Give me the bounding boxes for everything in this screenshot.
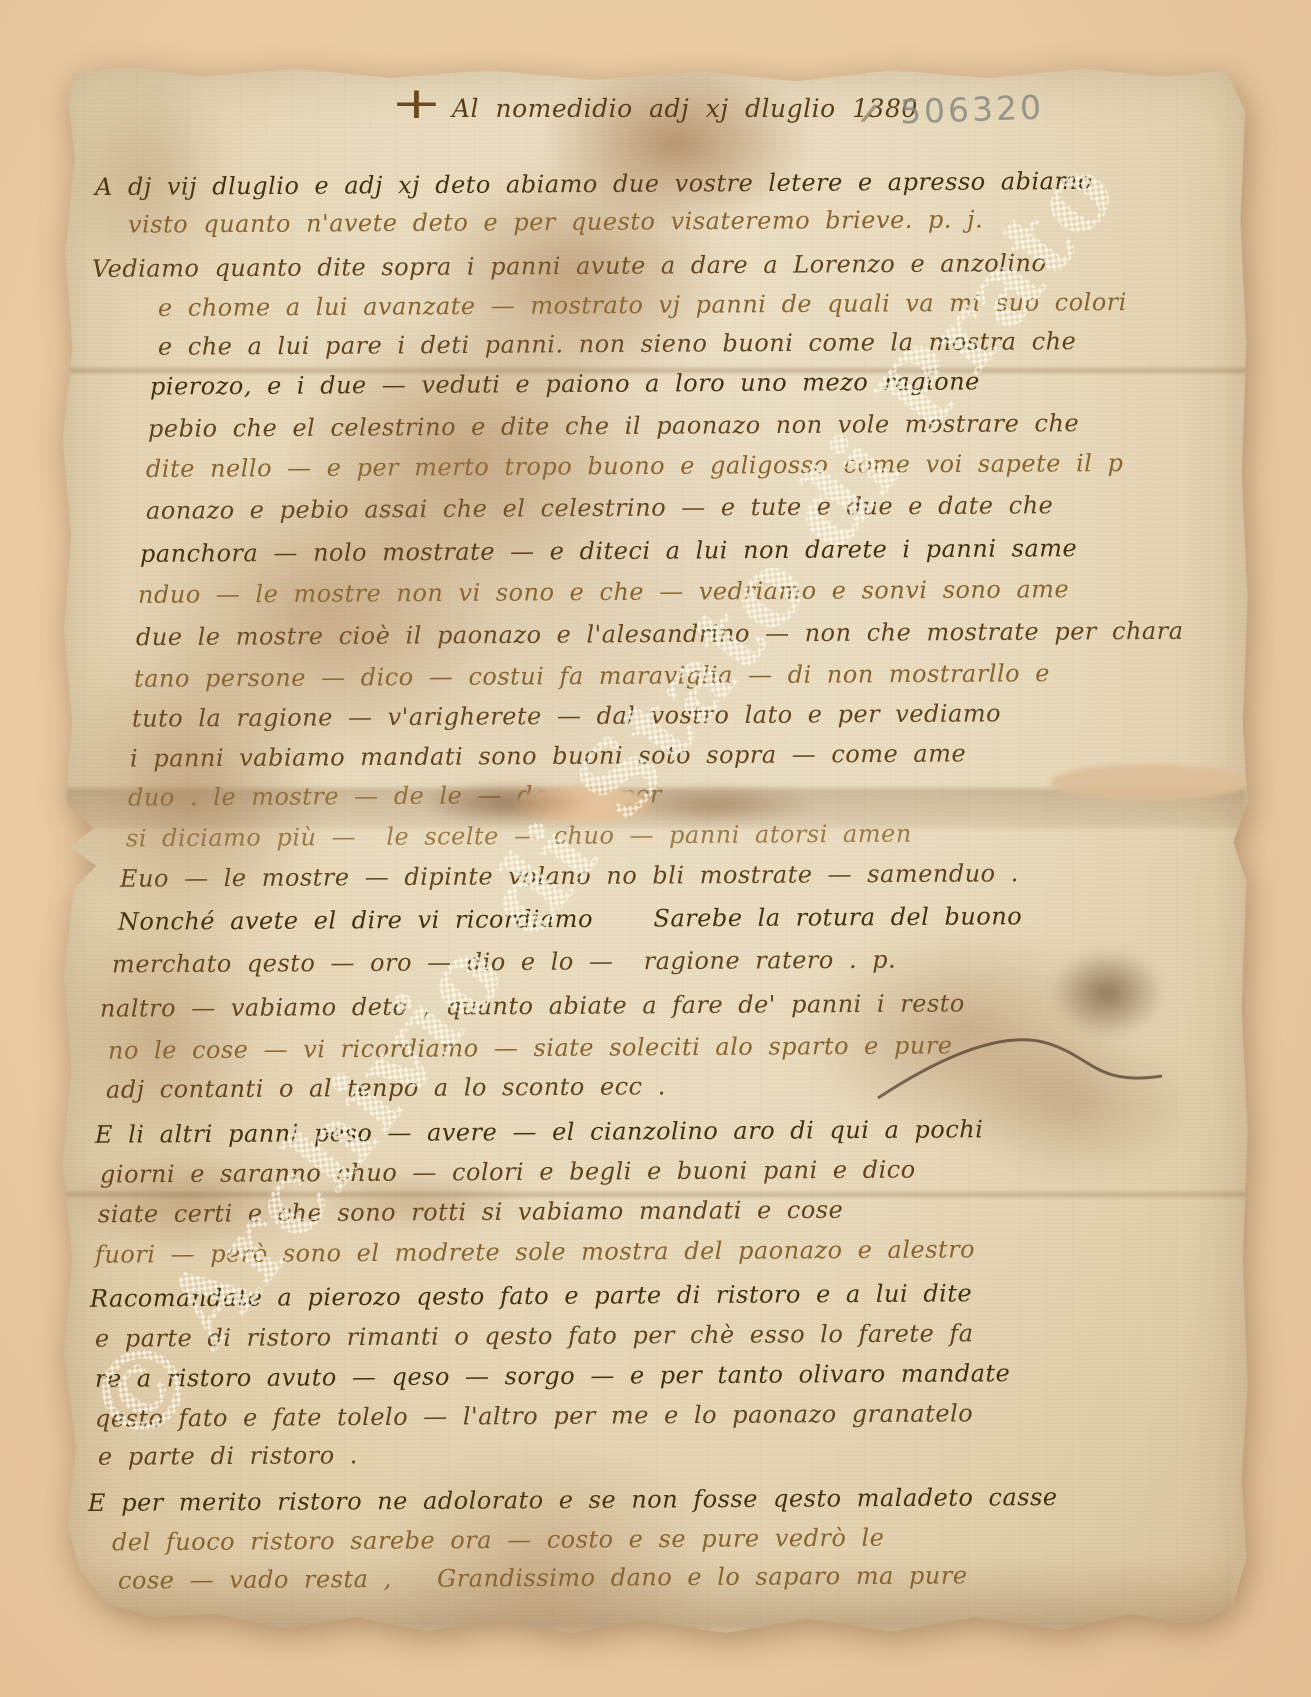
paper-fiber-thread xyxy=(0,0,1311,1697)
cross-mark: + xyxy=(391,78,443,129)
archive-number: 506320 xyxy=(899,87,1044,131)
date-line: Al nomedidio adj xj dluglio 1380 xyxy=(452,94,918,123)
paper-sheet: A dj vij dluglio e adj xj deto abiamo du… xyxy=(0,0,1311,1697)
scanned-manuscript-screenshot: { "page": { "background_color": "#e8c9a1… xyxy=(0,0,1311,1697)
